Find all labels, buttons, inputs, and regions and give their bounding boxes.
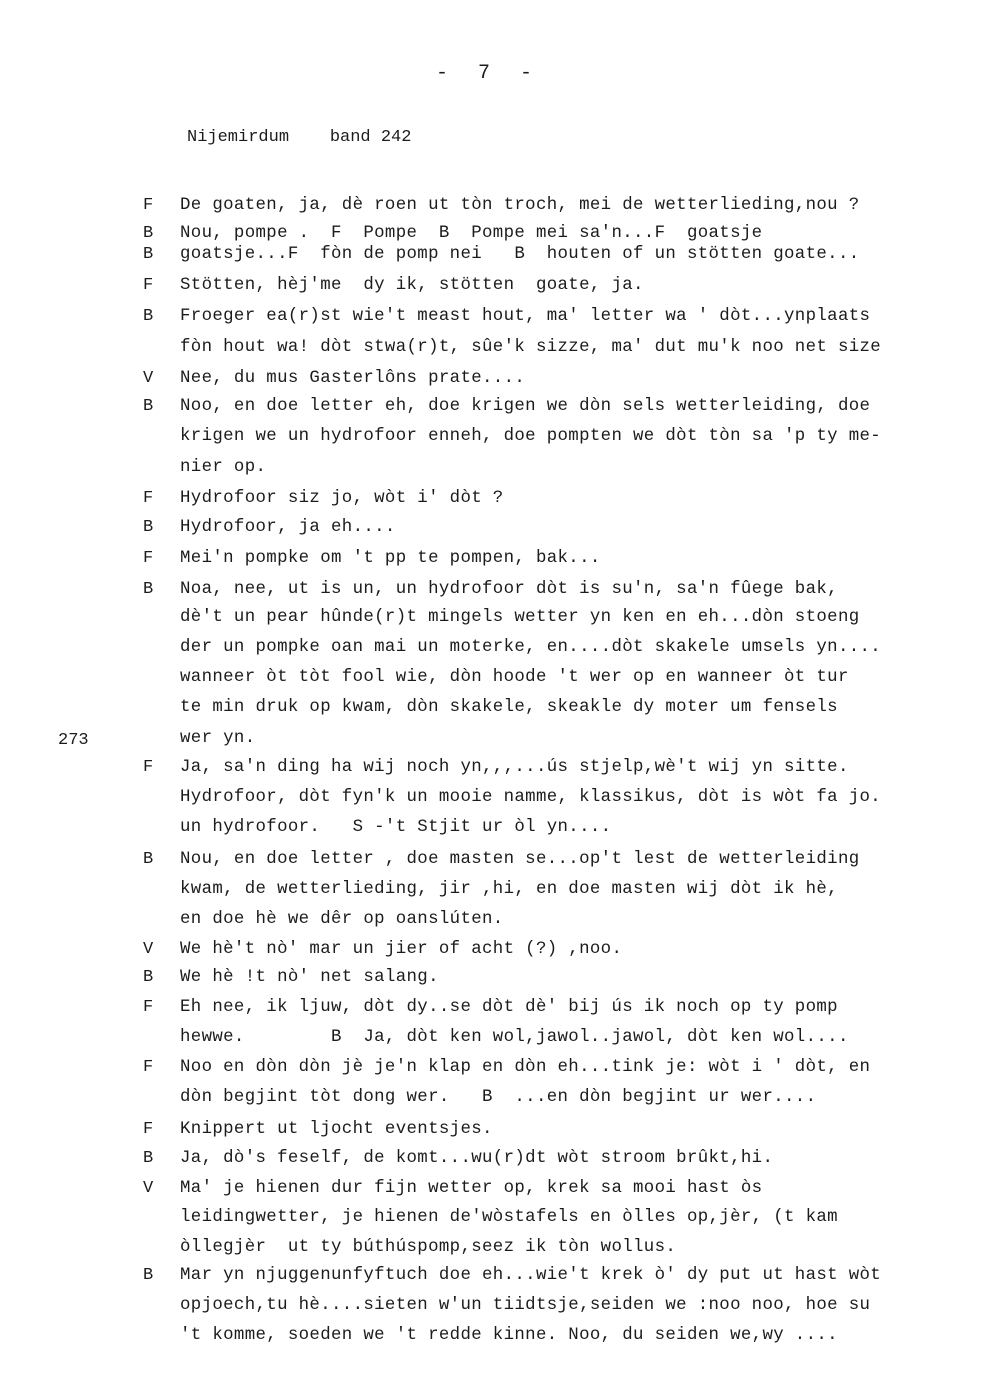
line-text: opjoech,tu hè....sieten w'un tiidtsje,se…	[180, 1296, 870, 1315]
line-text: òllegjèr ut ty búthúspomp,seez ik tòn wo…	[180, 1238, 676, 1257]
speaker-label: V	[143, 369, 157, 388]
line-text: Ja, dò's feself, de komt...wu(r)dt wòt s…	[180, 1149, 773, 1168]
line-text: dòn begjint tòt dong wer. B ...en dòn be…	[180, 1088, 816, 1107]
line-text: Nou, en doe letter , doe masten se...op'…	[180, 850, 860, 869]
line-text: 't komme, soeden we 't redde kinne. Noo,…	[180, 1326, 838, 1345]
line-text: Ja, sa'n ding ha wij noch yn,,,...ús stj…	[180, 758, 849, 777]
line-text: nier op.	[180, 458, 266, 477]
line-text: Noa, nee, ut is un, un hydrofoor dòt is …	[180, 580, 838, 599]
speaker-label: F	[143, 1058, 157, 1077]
page-number: - 7 -	[436, 62, 534, 85]
speaker-label: B	[143, 850, 157, 869]
speaker-label: F	[143, 758, 157, 777]
line-text: De goaten, ja, dè roen ut tòn troch, mei…	[180, 196, 860, 215]
line-text: krigen we un hydrofoor enneh, doe pompte…	[180, 427, 881, 446]
document-header: Nijemirdum band 242	[187, 128, 411, 147]
speaker-label: B	[143, 1266, 157, 1285]
margin-counter-number: 273	[58, 731, 89, 750]
speaker-label: F	[143, 489, 157, 508]
line-text: Knippert ut ljocht eventsjes.	[180, 1120, 493, 1139]
line-text: Hydrofoor, dòt fyn'k un mooie namme, kla…	[180, 788, 881, 807]
line-text: Mar yn njuggenunfyftuch doe eh...wie't k…	[180, 1266, 881, 1285]
speaker-label: B	[143, 1149, 157, 1168]
speaker-label: F	[143, 196, 157, 215]
line-text: wanneer òt tòt fool wie, dòn hoode 't we…	[180, 668, 849, 687]
line-text: Noo en dòn dòn jè je'n klap en dòn eh...…	[180, 1058, 870, 1077]
line-text: te min druk op kwam, dòn skakele, skeakl…	[180, 698, 838, 717]
line-text: hewwe. B Ja, dòt ken wol,jawol..jawol, d…	[180, 1028, 849, 1047]
line-text: Nou, pompe . F Pompe B Pompe mei sa'n...…	[180, 224, 762, 243]
speaker-label: B	[143, 580, 157, 599]
line-text: wer yn.	[180, 729, 256, 748]
line-text: Nee, du mus Gasterlôns prate....	[180, 369, 525, 388]
speaker-label: B	[143, 397, 157, 416]
line-text: dè't un pear hûnde(r)t mingels wetter yn…	[180, 608, 860, 627]
line-text: goatsje...F fòn de pomp nei B houten of …	[180, 245, 860, 264]
line-text: un hydrofoor. S -'t Stjit ur òl yn....	[180, 818, 611, 837]
line-text: Noo, en doe letter eh, doe krigen we dòn…	[180, 397, 870, 416]
line-text: Mei'n pompke om 't pp te pompen, bak...	[180, 549, 601, 568]
line-text: Hydrofoor siz jo, wòt i' dòt ?	[180, 489, 504, 508]
line-text: fòn hout wa! dòt stwa(r)t, sûe'k sizze, …	[180, 338, 881, 357]
line-text: Stötten, hèj'me dy ik, stötten goate, ja…	[180, 276, 644, 295]
speaker-label: F	[143, 1120, 157, 1139]
speaker-label: V	[143, 940, 157, 959]
speaker-label: F	[143, 276, 157, 295]
line-text: en doe hè we dêr op oanslúten.	[180, 910, 504, 929]
line-text: Hydrofoor, ja eh....	[180, 518, 396, 537]
line-text: We hè !t nò' net salang.	[180, 968, 439, 987]
line-text: leidingwetter, je hienen de'wòstafels en…	[180, 1208, 838, 1227]
speaker-label: B	[143, 224, 157, 243]
speaker-label: V	[143, 1179, 157, 1198]
speaker-label: B	[143, 245, 157, 264]
line-text: Eh nee, ik ljuw, dòt dy..se dòt dè' bij …	[180, 998, 838, 1017]
speaker-label: B	[143, 307, 157, 326]
speaker-label: B	[143, 968, 157, 987]
speaker-label: B	[143, 518, 157, 537]
line-text: Froeger ea(r)st wie't meast hout, ma' le…	[180, 307, 870, 326]
line-text: kwam, de wetterlieding, jir ,hi, en doe …	[180, 880, 838, 899]
line-text: Ma' je hienen dur fijn wetter op, krek s…	[180, 1179, 762, 1198]
line-text: We hè't nò' mar un jier of acht (?) ,noo…	[180, 940, 622, 959]
speaker-label: F	[143, 998, 157, 1017]
line-text: der un pompke oan mai un moterke, en....…	[180, 638, 881, 657]
speaker-label: F	[143, 549, 157, 568]
